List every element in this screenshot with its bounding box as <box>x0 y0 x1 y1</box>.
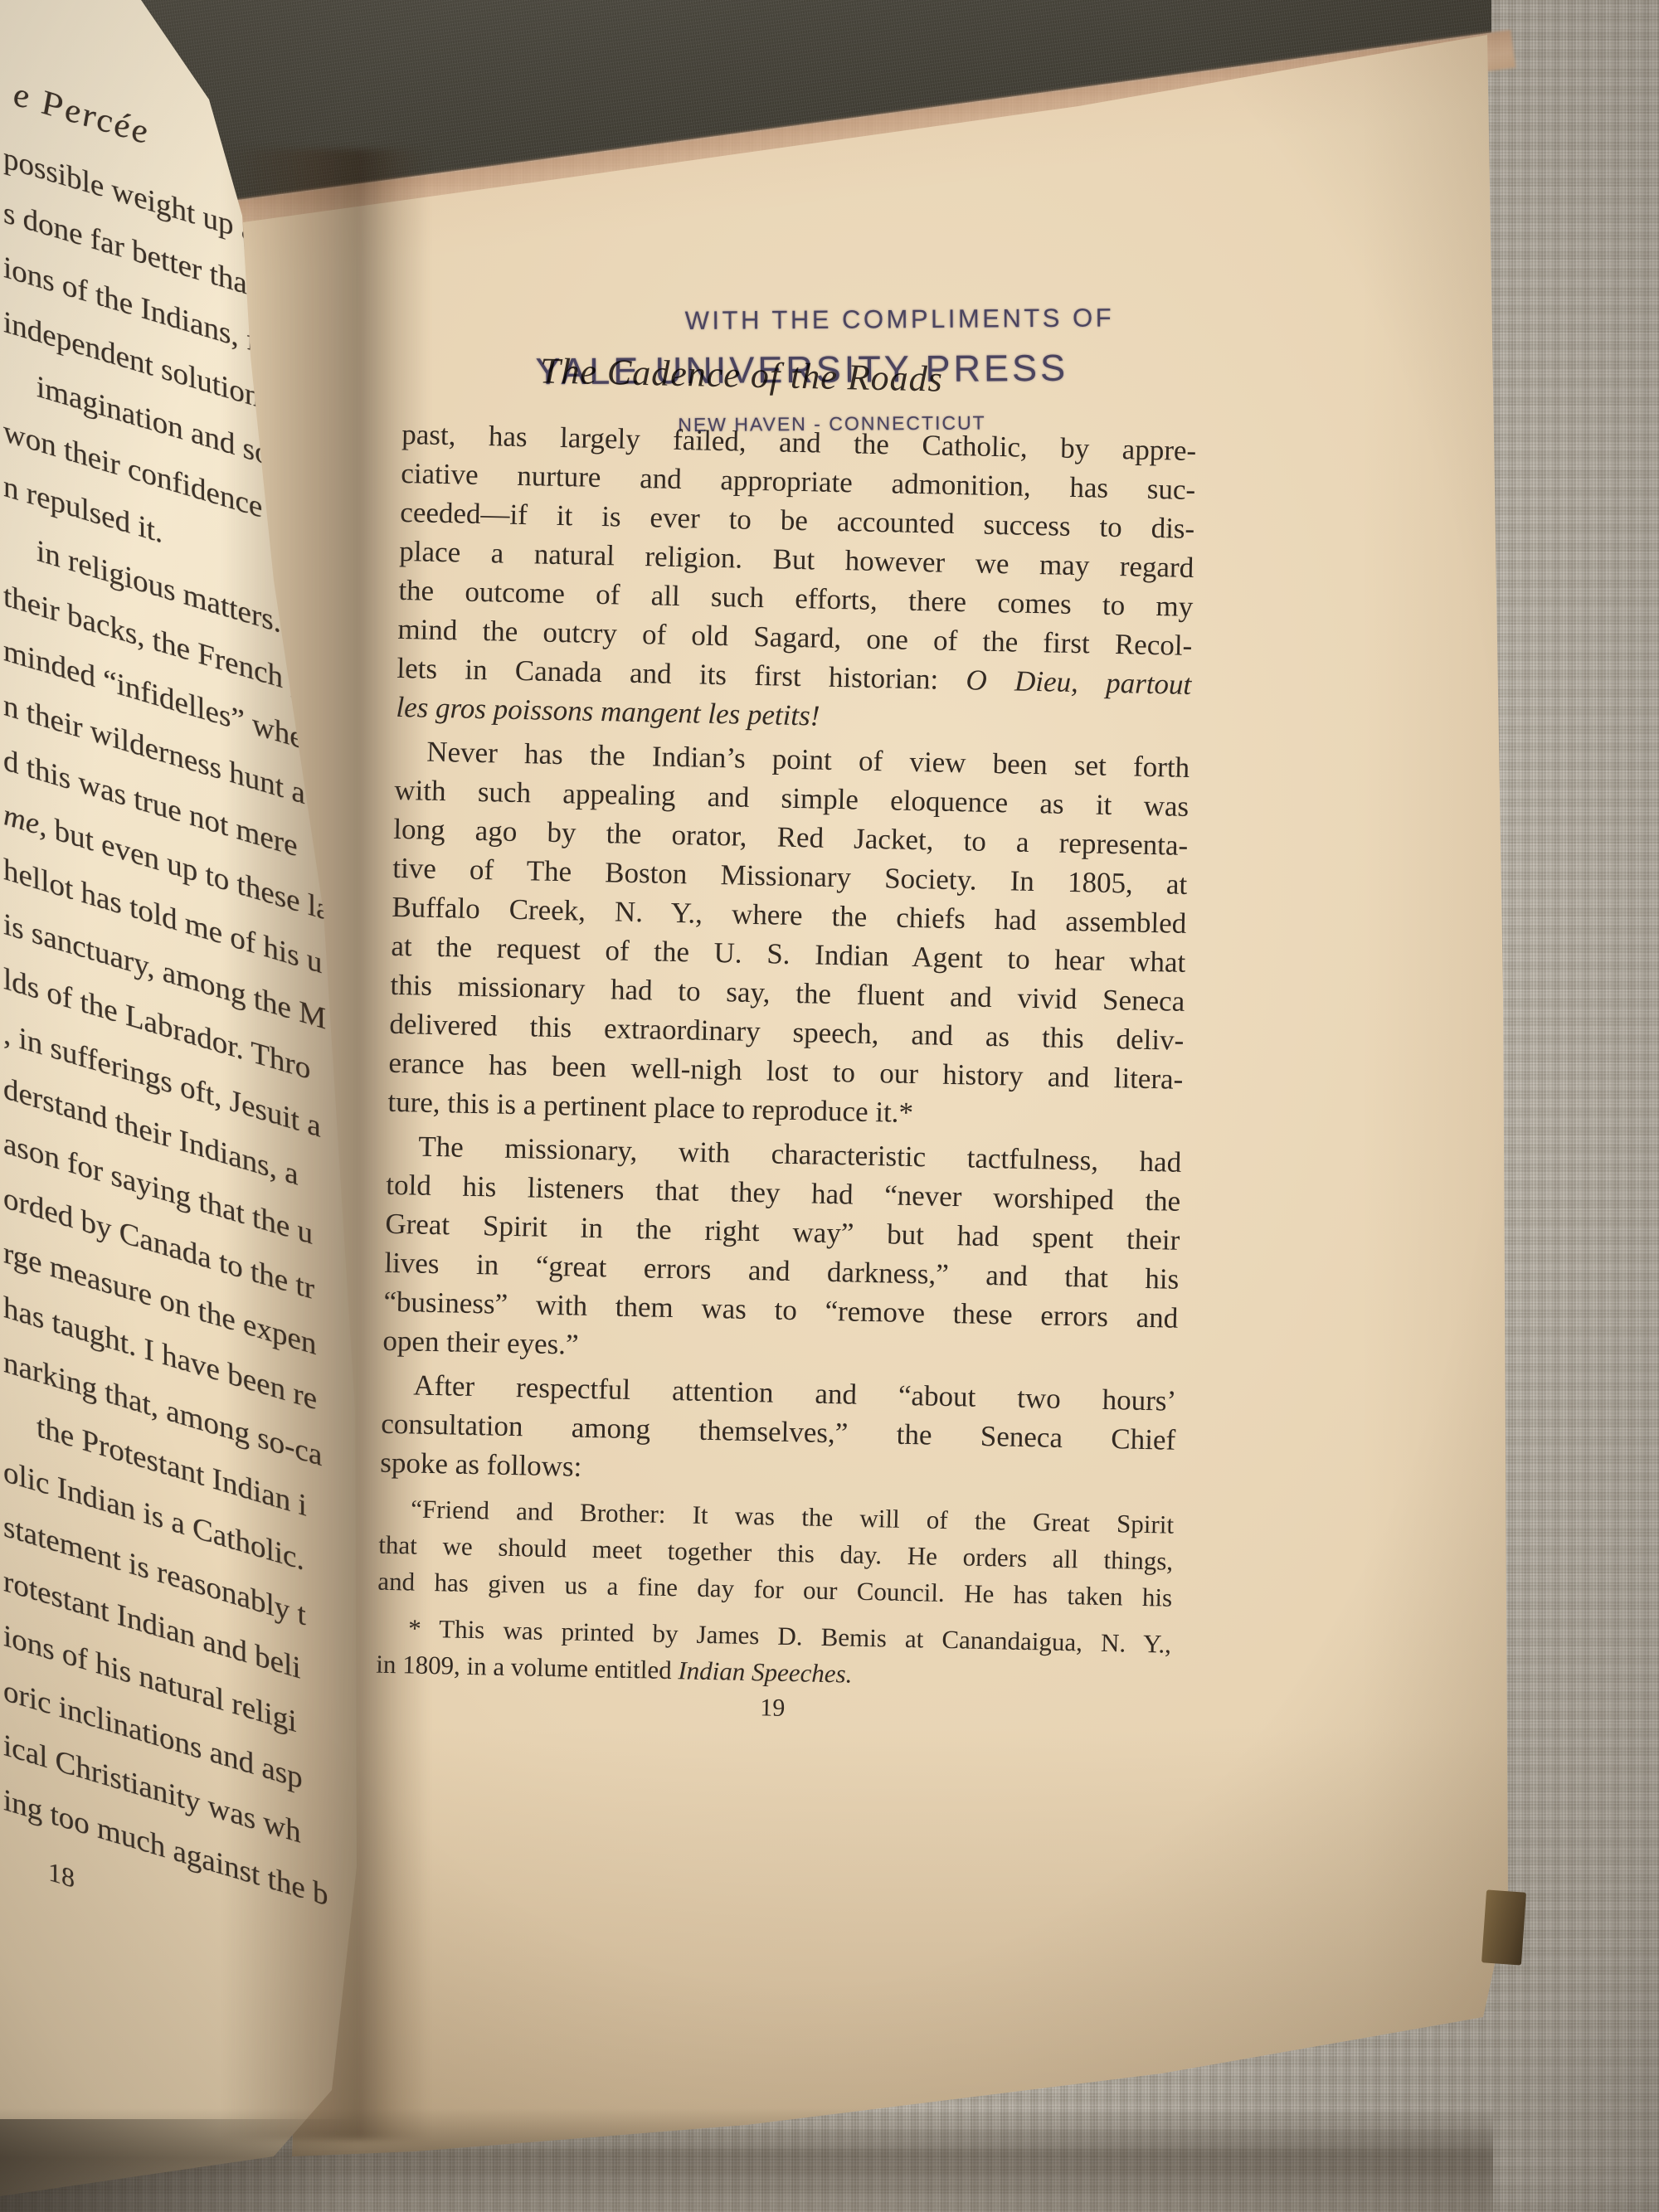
paragraph-3: The missionary, with characteristic tact… <box>382 1126 1182 1377</box>
right-page-text: The Cadence of the Roads WITH THE COMPLI… <box>375 290 1199 1731</box>
paragraph-2: Never has the Indian’s point of view bee… <box>387 732 1190 1138</box>
book-photo: e Percée possible weight up ans done far… <box>0 0 1659 2212</box>
right-page-body: past, has largely failed, and the Cathol… <box>375 290 1199 1731</box>
yale-press-stamp: WITH THE COMPLIMENTS OF YALE UNIVERSITY … <box>403 296 1199 468</box>
block-quote: “Friend and Brother: It was the will of … <box>377 1490 1175 1616</box>
stamp-line-city: NEW HAVEN - CONNECTICUT <box>678 412 960 436</box>
gilt-bookmark-tab <box>1481 1889 1526 1965</box>
bottom-left-corner-shade <box>0 2119 357 2212</box>
paragraph-4: After respectful attention and “about tw… <box>380 1365 1177 1499</box>
stamp-line-compliments: WITH THE COMPLIMENTS OF <box>670 303 1128 336</box>
stamp-line-press-name: YALE UNIVERSITY PRESS <box>528 347 1076 394</box>
footnote: * This was printed by James D. Bemis at … <box>376 1610 1172 1699</box>
